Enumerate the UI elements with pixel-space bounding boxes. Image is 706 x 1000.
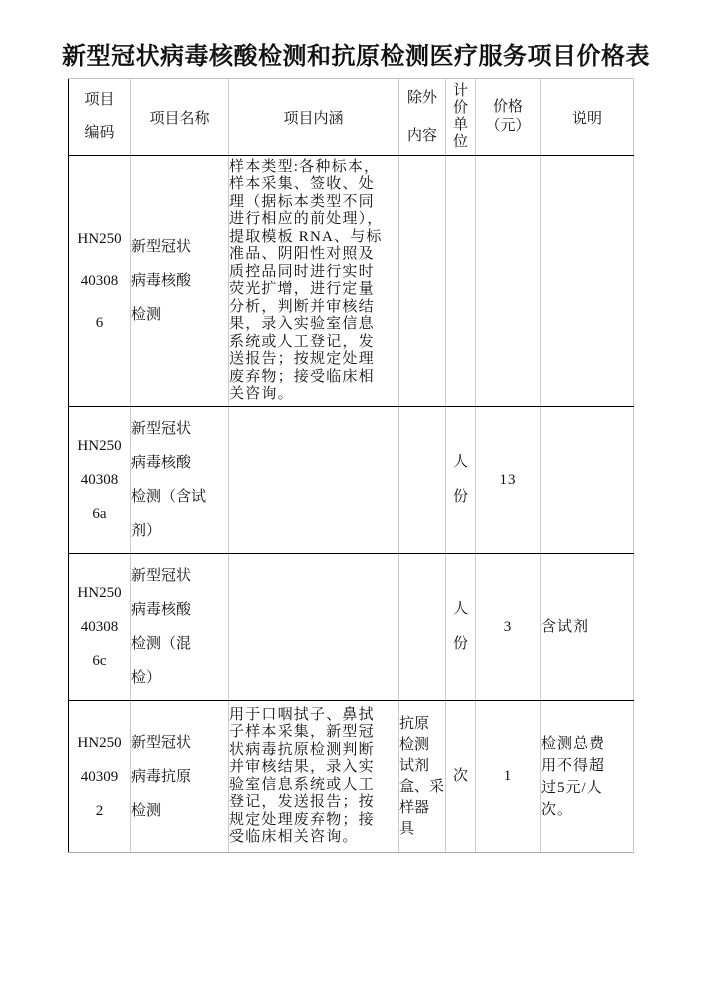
cell-price: 3 [476, 554, 541, 701]
cell-project-code: HN250 40308 6 [69, 156, 131, 407]
cell-pricing-unit [446, 156, 476, 407]
header-price-yuan: 价格 （元） [476, 79, 541, 156]
cell-excluded [399, 156, 446, 407]
cell-project-code: HN250 40308 6a [69, 407, 131, 554]
cell-project-content: 样本类型:各种标本， 样本采集、签收、处 理（据标本类型不同 进行相应的前处理）… [229, 156, 399, 407]
header-project-name: 项目名称 [131, 79, 229, 156]
cell-price: 1 [476, 701, 541, 853]
table-row: HN250 40308 6c 新型冠状 病毒核酸 检测（混 检） 人 份 3 含… [69, 554, 634, 701]
document-page: 新型冠状病毒核酸检测和抗原检测医疗服务项目价格表 项目 编码 项目名称 项目内涵… [0, 0, 706, 1000]
cell-project-content [229, 407, 399, 554]
cell-project-name: 新型冠状 病毒核酸 检测 [131, 156, 229, 407]
cell-note: 含试剂 [541, 554, 634, 701]
cell-note [541, 156, 634, 407]
cell-project-name: 新型冠状 病毒核酸 检测（混 检） [131, 554, 229, 701]
cell-project-name: 新型冠状 病毒核酸 检测（含试 剂） [131, 407, 229, 554]
cell-project-content [229, 554, 399, 701]
cell-pricing-unit: 次 [446, 701, 476, 853]
page-title: 新型冠状病毒核酸检测和抗原检测医疗服务项目价格表 [62, 36, 648, 71]
cell-project-code: HN250 40309 2 [69, 701, 131, 853]
table-header-row: 项目 编码 项目名称 项目内涵 除外 内容 计 价 单 位 价格 （元） 说明 [69, 79, 634, 156]
cell-price [476, 156, 541, 407]
table-row: HN250 40309 2 新型冠状 病毒抗原 检测 用于口咽拭子、鼻拭 子样本… [69, 701, 634, 853]
header-project-content: 项目内涵 [229, 79, 399, 156]
cell-project-content: 用于口咽拭子、鼻拭 子样本采集，新型冠 状病毒抗原检测判断 并审核结果，录入实 … [229, 701, 399, 853]
table-row: HN250 40308 6 新型冠状 病毒核酸 检测 样本类型:各种标本， 样本… [69, 156, 634, 407]
price-table: 项目 编码 项目名称 项目内涵 除外 内容 计 价 单 位 价格 （元） 说明 … [68, 78, 634, 853]
header-project-code: 项目 编码 [69, 79, 131, 156]
cell-project-code: HN250 40308 6c [69, 554, 131, 701]
cell-note: 检测总费 用不得超 过5元/人 次。 [541, 701, 634, 853]
table-row: HN250 40308 6a 新型冠状 病毒核酸 检测（含试 剂） 人 份 13 [69, 407, 634, 554]
header-note: 说明 [541, 79, 634, 156]
cell-pricing-unit: 人 份 [446, 554, 476, 701]
header-pricing-unit: 计 价 单 位 [446, 79, 476, 156]
cell-excluded [399, 407, 446, 554]
cell-excluded [399, 554, 446, 701]
header-excluded: 除外 内容 [399, 79, 446, 156]
cell-pricing-unit: 人 份 [446, 407, 476, 554]
cell-project-name: 新型冠状 病毒抗原 检测 [131, 701, 229, 853]
cell-price: 13 [476, 407, 541, 554]
cell-excluded: 抗原 检测 试剂 盒、采 样器 具 [399, 701, 446, 853]
cell-note [541, 407, 634, 554]
